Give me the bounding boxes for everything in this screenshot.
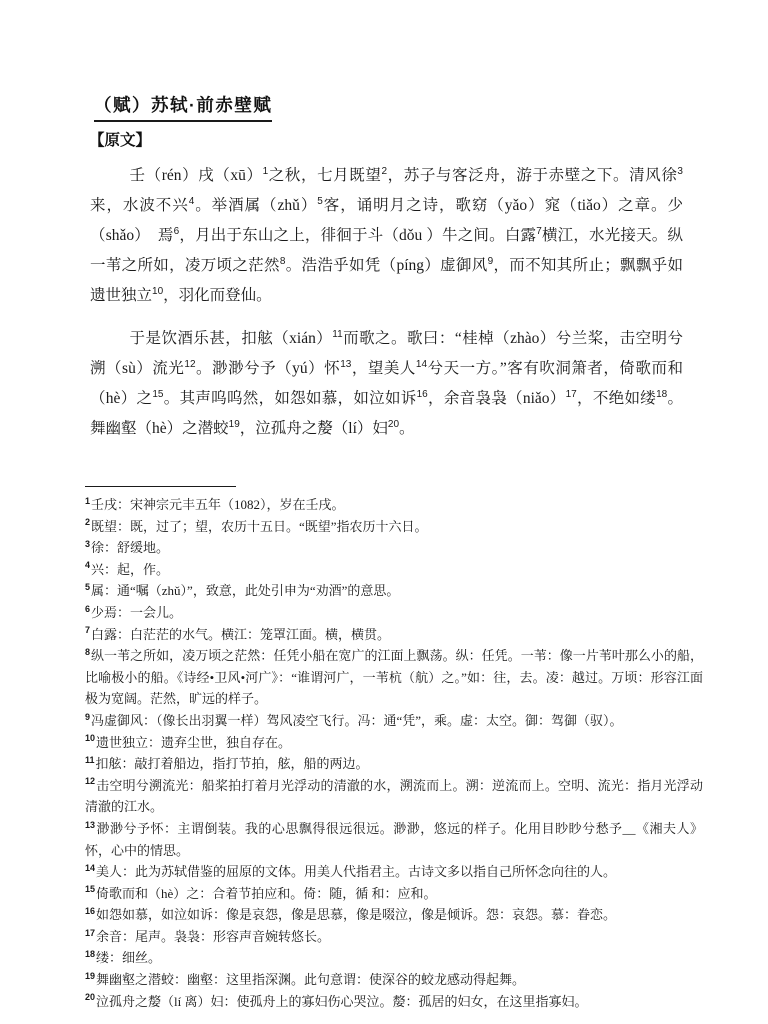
footnote-ref: 3 [677,166,683,177]
footnote-text: 白露：白茫茫的水气。横江：笼罩江面。横，横贯。 [91,627,390,642]
footnote-ref: 17 [566,389,577,400]
footnote-ref: 2 [381,166,387,177]
footnote-item: 18缕：细丝。 [85,947,703,969]
footnote-number: 12 [85,776,95,786]
footnote-text: 既望：既，过了；望，农历十五日。“既望”指农历十六日。 [91,519,428,534]
footnote-text: 兴：起，作。 [91,562,169,577]
footnote-item: 11扣舷：敲打着船边，指打节拍，舷，船的两边。 [85,753,703,775]
footnote-number: 14 [85,863,95,873]
footnote-number: 20 [85,992,95,1002]
footnote-text: 缕：细丝。 [96,950,161,965]
footnote-ref: 14 [416,359,427,370]
footnote-text: 余音：尾声。袅袅：形容声音婉转悠长。 [96,929,330,944]
footnote-item: 3徐：舒缓地。 [85,537,703,559]
footnote-item: 14美人：此为苏轼借鉴的屈原的文体。用美人代指君主。古诗文多以指自己所怀念向往的… [85,861,703,883]
section-label: 【原文】 [89,128,151,150]
footnote-text: 泣孤舟之嫠（lí 离）妇：使孤舟上的寡妇伤心哭泣。嫠：孤居的妇女，在这里指寡妇。 [96,994,587,1009]
footnote-item: 1壬戌：宋神宗元丰五年（1082），岁在壬戌。 [85,494,703,516]
footnote-number: 17 [85,928,95,938]
footnote-text: 纵一苇之所如，凌万顷之茫然：任凭小船在宽广的江面上飘荡。纵：任凭。一苇：像一片苇… [85,648,703,706]
footnote-item: 10遗世独立：遗弃尘世，独自存在。 [85,732,703,754]
footnote-number: 5 [85,582,90,592]
footnote-ref: 16 [417,389,428,400]
paragraph: 壬（rén）戌（xū）1之秋，七月既望2，苏子与客泛舟，游于赤壁之下。清风徐3来… [90,161,683,311]
footnote-ref: 7 [536,226,542,237]
footnote-text: 美人：此为苏轼借鉴的屈原的文体。用美人代指君主。古诗文多以指自己所怀念向往的人。 [96,864,616,879]
footnote-item: 7白露：白茫茫的水气。横江：笼罩江面。横，横贯。 [85,624,703,646]
footnote-number: 4 [85,560,90,570]
footnote-separator [85,486,236,487]
footnote-item: 17余音：尾声。袅袅：形容声音婉转悠长。 [85,926,703,948]
footnote-ref: 8 [280,256,286,267]
footnote-text: 属：通“嘱（zhǔ）”，致意，此处引申为“劝酒”的意思。 [91,583,399,598]
footnote-text: 少焉：一会儿。 [91,605,182,620]
title-wrap: （赋）苏轼·前赤壁赋 [94,92,272,122]
footnote-text: 渺渺兮予怀：主谓倒装。我的心思飘得很远很远。渺渺，悠远的样子。化用目眇眇兮愁予_… [85,821,703,858]
footnote-number: 1 [85,496,90,506]
footnote-ref: 11 [332,329,342,340]
footnote-ref: 10 [152,286,163,297]
footnote-ref: 18 [656,389,667,400]
footnote-text: 壬戌：宋神宗元丰五年（1082），岁在壬戌。 [91,497,345,512]
footnote-item: 16如怨如慕，如泣如诉：像是哀怨，像是思慕，像是啜泣，像是倾诉。怨：哀怨。慕：眷… [85,904,703,926]
footnote-ref: 1 [263,166,269,177]
footnote-number: 7 [85,625,90,635]
footnote-ref: 6 [174,226,180,237]
footnote-item: 4兴：起，作。 [85,559,703,581]
document-page: （赋）苏轼·前赤壁赋 【原文】 壬（rén）戌（xū）1之秋，七月既望2，苏子与… [0,0,768,1024]
document-title: （赋）苏轼·前赤壁赋 [94,92,272,122]
footnote-text: 遗世独立：遗弃尘世，独自存在。 [96,735,291,750]
footnote-ref: 13 [340,359,351,370]
footnote-item: 13渺渺兮予怀：主谓倒装。我的心思飘得很远很远。渺渺，悠远的样子。化用目眇眇兮愁… [85,818,703,861]
footnote-item: 2既望：既，过了；望，农历十五日。“既望”指农历十六日。 [85,516,703,538]
paragraph: 于是饮酒乐甚，扣舷（xián）11而歌之。歌曰：“桂棹（zhào）兮兰桨，击空明… [90,324,683,444]
footnote-number: 6 [85,604,90,614]
footnote-text: 如怨如慕，如泣如诉：像是哀怨，像是思慕，像是啜泣，像是倾诉。怨：哀怨。慕：眷恋。 [96,907,616,922]
footnote-item: 5属：通“嘱（zhǔ）”，致意，此处引申为“劝酒”的意思。 [85,580,703,602]
footnote-item: 15倚歌而和（hè）之：合着节拍应和。倚：随，循 和：应和。 [85,883,703,905]
footnote-text: 扣舷：敲打着船边，指打节拍，舷，船的两边。 [96,756,369,771]
footnote-number: 8 [85,647,90,657]
footnote-number: 16 [85,906,95,916]
footnote-text: 冯虚御风：（像长出羽翼一样）驾风凌空飞行。冯：通“凭”，乘。虚：太空。御：驾御（… [91,713,623,728]
footnotes-list: 1壬戌：宋神宗元丰五年（1082），岁在壬戌。2既望：既，过了；望，农历十五日。… [85,494,703,1012]
footnote-number: 9 [85,712,90,722]
footnote-text: 徐：舒缓地。 [91,540,169,555]
footnote-number: 2 [85,517,90,527]
footnote-item: 8纵一苇之所如，凌万顷之茫然：任凭小船在宽广的江面上飘荡。纵：任凭。一苇：像一片… [85,645,703,710]
footnote-number: 3 [85,539,90,549]
footnote-ref: 4 [189,196,195,207]
footnote-item: 9冯虚御风：（像长出羽翼一样）驾风凌空飞行。冯：通“凭”，乘。虚：太空。御：驾御… [85,710,703,732]
footnote-item: 20泣孤舟之嫠（lí 离）妇：使孤舟上的寡妇伤心哭泣。嫠：孤居的妇女，在这里指寡… [85,991,703,1013]
footnote-number: 18 [85,949,95,959]
footnote-ref: 20 [388,419,399,430]
footnote-number: 15 [85,884,95,894]
footnote-text: 倚歌而和（hè）之：合着节拍应和。倚：随，循 和：应和。 [96,886,437,901]
footnote-text: 舞幽壑之潜蛟：幽壑：这里指深渊。此句意谓：使深谷的蛟龙感动得起舞。 [96,972,525,987]
footnote-item: 12击空明兮溯流光：船桨拍打着月光浮动的清澈的水，溯流而上。溯：逆流而上。空明、… [85,775,703,818]
footnote-number: 11 [85,755,95,765]
footnote-ref: 12 [184,359,195,370]
footnote-ref: 19 [229,419,240,430]
footnote-ref: 15 [152,389,163,400]
footnote-text: 击空明兮溯流光：船桨拍打着月光浮动的清澈的水，溯流而上。溯：逆流而上。空明、流光… [85,778,703,815]
footnote-number: 19 [85,971,95,981]
footnote-ref: 5 [317,196,323,207]
body-paragraphs: 壬（rén）戌（xū）1之秋，七月既望2，苏子与客泛舟，游于赤壁之下。清风徐3来… [90,161,683,457]
footnote-number: 10 [85,733,95,743]
footnote-ref: 9 [488,256,494,267]
footnote-area: 1壬戌：宋神宗元丰五年（1082），岁在壬戌。2既望：既，过了；望，农历十五日。… [85,486,703,1012]
footnote-item: 19舞幽壑之潜蛟：幽壑：这里指深渊。此句意谓：使深谷的蛟龙感动得起舞。 [85,969,703,991]
footnote-item: 6少焉：一会儿。 [85,602,703,624]
footnote-number: 13 [85,820,95,830]
